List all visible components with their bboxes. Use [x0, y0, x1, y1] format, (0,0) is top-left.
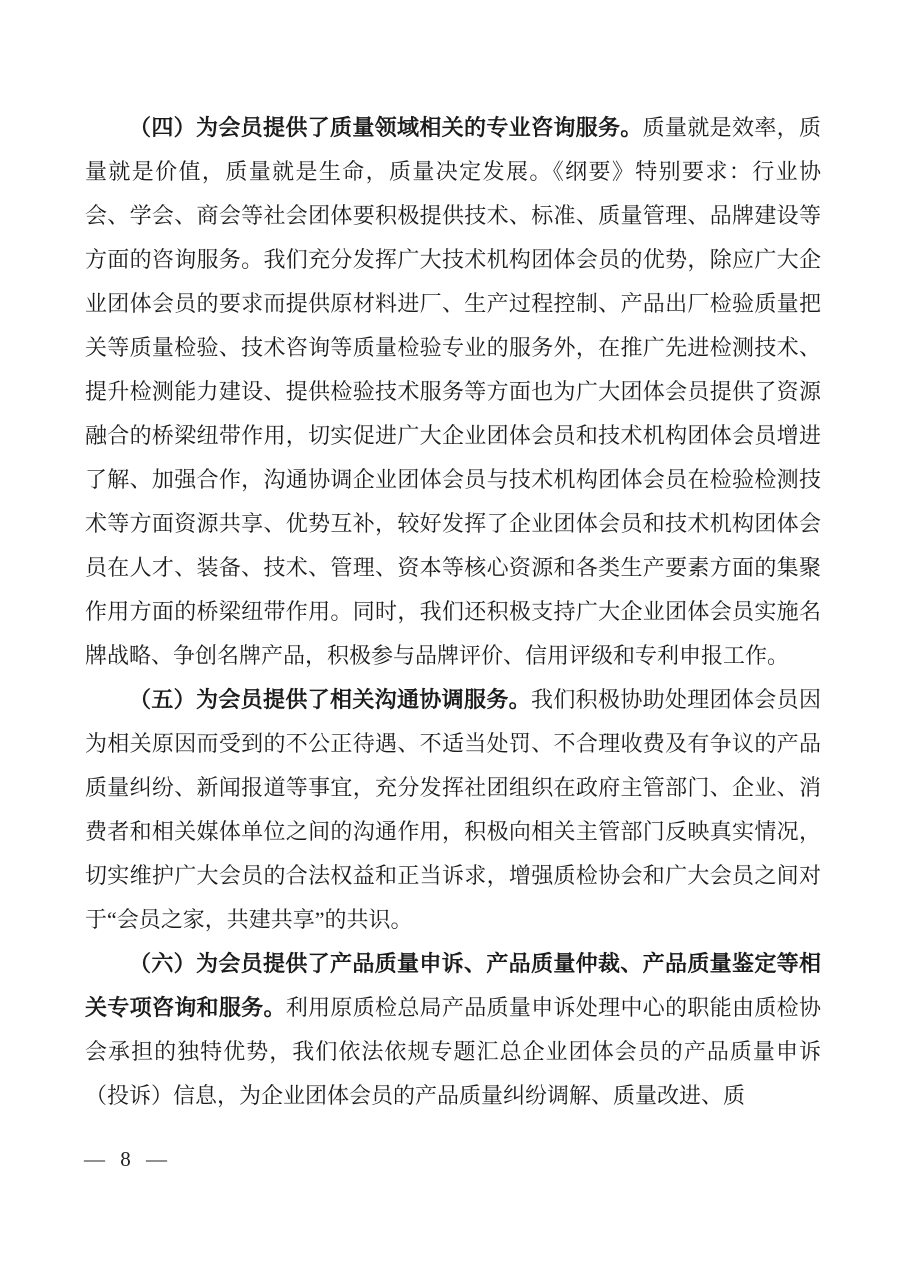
- paragraph-section-4-heading: （四）为会员提供了质量领域相关的专业咨询服务。: [129, 115, 643, 140]
- page-number: — 8 —: [84, 1144, 172, 1174]
- paragraph-section-4: （四）为会员提供了质量领域相关的专业咨询服务。质量就是效率，质量就是价值，质量就…: [85, 106, 821, 678]
- document-body: （四）为会员提供了质量领域相关的专业咨询服务。质量就是效率，质量就是价值，质量就…: [85, 106, 821, 1118]
- paragraph-section-5: （五）为会员提供了相关沟通协调服务。我们积极协助处理团体会员因为相关原因而受到的…: [85, 678, 821, 942]
- paragraph-section-6: （六）为会员提供了产品质量申诉、产品质量仲裁、产品质量鉴定等相关专项咨询和服务。…: [85, 942, 821, 1118]
- paragraph-section-5-heading: （五）为会员提供了相关沟通协调服务。: [129, 687, 531, 712]
- paragraph-section-4-text: 质量就是效率，质量就是价值，质量就是生命，质量决定发展。《纲要》特别要求：行业协…: [85, 115, 821, 668]
- paragraph-section-5-text: 我们积极协助处理团体会员因为相关原因而受到的不公正待遇、不适当处罚、不合理收费及…: [85, 687, 821, 932]
